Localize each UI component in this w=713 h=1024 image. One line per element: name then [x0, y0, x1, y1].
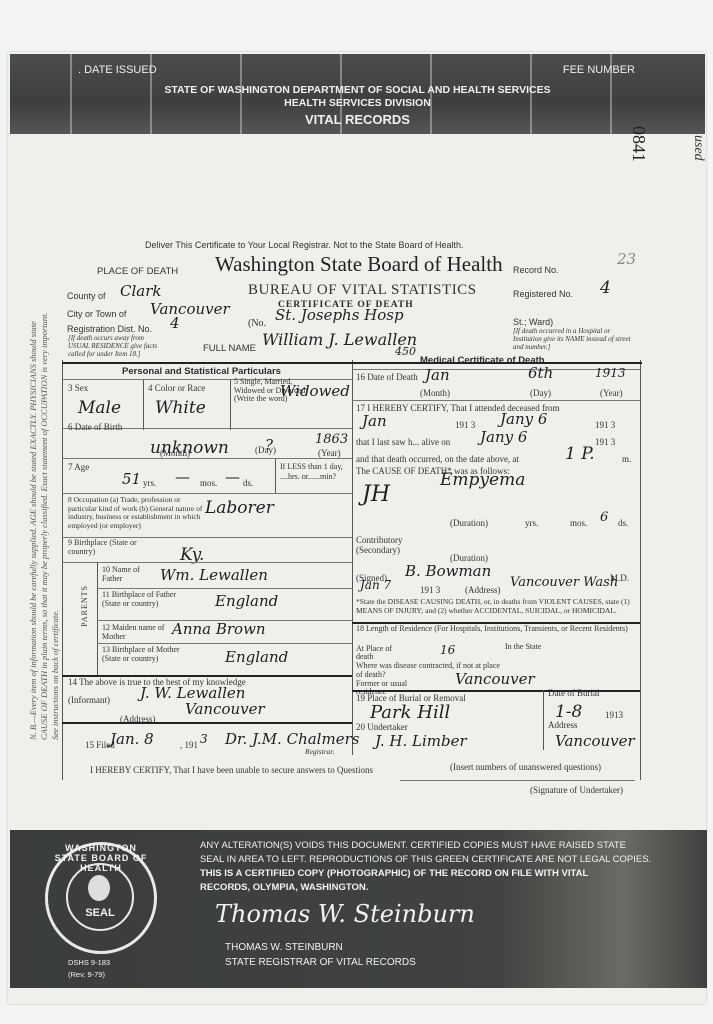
unable-certify-statement: I HEREBY CERTIFY, That I have been unabl…: [90, 765, 373, 775]
filed-year-prefix: , 191: [180, 740, 198, 750]
yrs-label: yrs.: [143, 478, 156, 488]
board-title: Washington State Board of Health: [215, 252, 503, 277]
attended-to-value: Jany 6: [500, 410, 547, 428]
dod-year-label: (Year): [600, 388, 623, 398]
age-months-value: —: [175, 468, 190, 486]
sex-label: 3 Sex: [68, 383, 88, 393]
last-saw-value: Jany 6: [480, 428, 527, 446]
deliver-note: Deliver This Certificate to Your Local R…: [145, 240, 464, 250]
record-no-value: 23: [617, 250, 636, 268]
agency-line3: VITAL RECORDS: [10, 112, 705, 127]
dod-year-value: 1913: [595, 366, 626, 380]
burial-year-value: 1913: [605, 710, 623, 720]
date-issued-label: . DATE ISSUED: [78, 64, 157, 76]
certification-footer: WASHINGTON STATE BOARD OF HEALTH SEAL DS…: [10, 830, 707, 988]
month-label: (Month): [160, 448, 190, 458]
full-name-value: William J. Lewallen: [262, 330, 417, 349]
signed-year-value: 191 3: [420, 585, 440, 595]
hospital-note: [If death occurred in a Hospital or Inst…: [513, 327, 633, 351]
residence-label: 18 Length of Residence (For Hospitals, I…: [356, 624, 638, 633]
duration-yrs-label: yrs.: [525, 518, 538, 528]
registration-district-label: Registration Dist. No.: [67, 324, 152, 334]
state-registrar-name: THOMAS W. STEINBURN: [225, 942, 343, 953]
contributory-label: Contributory (Secondary): [356, 535, 426, 555]
seal-word: SEAL: [68, 907, 132, 919]
last-saw-label: that I last saw h... alive on: [356, 437, 450, 447]
last-saw-year: 191 3: [595, 437, 615, 447]
signed-address-value: Vancouver Wash: [510, 575, 618, 590]
parents-label: PARENTS: [80, 585, 89, 627]
registrar-name-value: Dr. J.M. Chalmers: [225, 730, 359, 748]
undertaker-address-label: Address: [548, 720, 578, 730]
warning-line2: SEAL IN AREA TO LEFT. REPRODUCTIONS OF T…: [200, 854, 651, 865]
medical-section-title: Medical Certificate of Death: [420, 355, 545, 366]
less-than-day-label: If LESS than 1 day, ....hrs. or......min…: [280, 462, 350, 482]
informant-address-value: Vancouver: [185, 700, 265, 718]
undertaker-address-value: Vancouver: [555, 732, 635, 750]
registrar-label: Registrar.: [305, 747, 334, 756]
warning-line1: ANY ALTERATION(S) VOIDS THIS DOCUMENT. C…: [200, 840, 626, 851]
dod-month-label: (Month): [420, 388, 450, 398]
age-days-value: —: [225, 468, 240, 486]
city-label: City or Town of: [67, 309, 126, 319]
cause-prefix: JH: [362, 482, 390, 507]
informant-label: (Informant): [68, 695, 110, 705]
father-birthplace-value: England: [215, 592, 278, 610]
occupation-label: 8 Occupation (a) Trade, profession or pa…: [68, 496, 208, 530]
burial-place-value: Park Hill: [370, 702, 450, 723]
ds-label: ds.: [243, 478, 253, 488]
agency-line2: HEALTH SERVICES DIVISION: [10, 97, 705, 109]
street-ward-label: St.; Ward): [513, 317, 553, 327]
duration-days-value: 6: [600, 510, 608, 525]
burial-date-label: Date of Burial: [548, 688, 599, 698]
county-value: Clark: [120, 282, 161, 300]
side-number: 0841: [628, 126, 649, 162]
state-seal: WASHINGTON STATE BOARD OF HEALTH SEAL: [45, 842, 157, 954]
father-name-label: 10 Name of Father: [102, 565, 157, 583]
cause-value: Empyema: [440, 470, 525, 490]
at-place-days-value: 16: [440, 643, 455, 657]
marital-value: Widowed: [280, 382, 350, 400]
father-birthplace-label: 11 Birthplace of Father (State or countr…: [102, 590, 192, 608]
registered-no-value: 4: [600, 278, 611, 298]
mos-label: mos.: [200, 478, 217, 488]
county-label: County of: [67, 291, 106, 301]
place-of-death-label: PLACE OF DEATH: [97, 266, 178, 277]
undertaker-label: 20 Undertaker: [356, 722, 408, 732]
city-value: Vancouver: [150, 300, 230, 318]
filed-date-value: Jan. 8: [110, 730, 154, 748]
form-center-divider: [352, 360, 353, 755]
former-residence-value: Vancouver: [455, 670, 535, 688]
signed-date-value: Jan 7: [360, 578, 391, 592]
mother-name-value: Anna Brown: [172, 620, 266, 638]
age-label: 7 Age: [68, 462, 89, 472]
usual-residence-note: [If death occurs away from USUAL RESIDEN…: [68, 334, 163, 358]
certified-line2: RECORDS, OLYMPIA, WASHINGTON.: [200, 882, 368, 893]
sex-value: Male: [78, 398, 121, 418]
at-place-label: At Place of death: [356, 645, 406, 661]
burial-date-value: 1-8: [555, 702, 582, 722]
year-label: (Year): [318, 448, 341, 458]
form-left-border: [62, 360, 63, 780]
unanswered-label: (Insert numbers of unanswered questions): [450, 762, 601, 772]
father-name-value: Wm. Lewallen: [160, 566, 268, 584]
full-name-label: FULL NAME: [203, 343, 256, 354]
occupation-value: Laborer: [205, 498, 274, 518]
age-years-value: 51: [122, 470, 141, 488]
duration-label: (Duration): [450, 518, 488, 528]
day-label: (Day): [255, 445, 276, 455]
in-state-label: In the State: [505, 643, 545, 651]
birthplace-label: 9 Birthplace (State or country): [68, 538, 148, 556]
color-value: White: [155, 398, 206, 418]
filed-year-value: 3: [200, 732, 208, 746]
state-registrar-title: STATE REGISTRAR OF VITAL RECORDS: [225, 957, 416, 968]
mother-name-label: 12 Maiden name of Mother: [102, 623, 172, 641]
full-name-note: 450: [395, 345, 416, 358]
side-handwriting: used: [690, 135, 706, 161]
personal-section-title: Personal and Statistical Particulars: [122, 366, 281, 377]
form-right-border: [640, 360, 641, 780]
form-number: DSHS 9-183: [68, 958, 110, 967]
mother-birthplace-value: England: [225, 648, 288, 666]
attended-to-year: 191 3: [595, 420, 615, 430]
no-label: (No.: [248, 318, 266, 329]
duration-ds-label: ds.: [618, 518, 628, 528]
attended-from-value: Jan: [362, 412, 387, 430]
color-label: 4 Color or Race: [148, 383, 205, 393]
signed-address-label: (Address): [465, 585, 501, 595]
signed-by-value: B. Bowman: [405, 562, 491, 580]
death-address-value: St. Josephs Hosp: [275, 306, 404, 324]
registered-no-label: Registered No.: [513, 289, 573, 299]
dod-day-value: 6th: [528, 364, 553, 382]
record-no-label: Record No.: [513, 265, 559, 275]
portrait-icon: [88, 875, 110, 901]
dob-year-value: 1863: [315, 432, 348, 447]
agency-line1: STATE OF WASHINGTON DEPARTMENT OF SOCIAL…: [10, 84, 705, 96]
dod-month-value: Jan: [425, 366, 450, 384]
registration-district-value: 4: [170, 314, 180, 332]
disease-note: *State the DISEASE CAUSING DEATH, or, in…: [356, 597, 638, 615]
dob-label: 6 Date of Birth: [68, 422, 122, 432]
fee-number-label: FEE NUMBER: [563, 64, 635, 76]
undertaker-signature-label: (Signature of Undertaker): [530, 785, 623, 795]
mother-birthplace-label: 13 Birthplace of Mother (State or countr…: [102, 645, 192, 663]
dod-day-label: (Day): [530, 388, 551, 398]
death-time-suffix: m.: [622, 454, 631, 464]
bureau-title: BUREAU OF VITAL STATISTICS: [248, 282, 477, 299]
certified-line1: THIS IS A CERTIFIED COPY (PHOTOGRAPHIC) …: [200, 868, 588, 879]
attended-from-year: 191 3: [455, 420, 475, 430]
dod-label: 16 Date of Death: [356, 372, 418, 382]
death-time-label: and that death occurred, on the date abo…: [356, 454, 519, 464]
registrar-signature: Thomas W. Steinburn: [215, 900, 475, 928]
undertaker-value: J. H. Limber: [375, 732, 467, 750]
vital-records-header: . DATE ISSUED FEE NUMBER STATE OF WASHIN…: [10, 54, 705, 134]
form-revision: (Rev. 9-79): [68, 970, 105, 979]
death-time-value: 1 P.: [565, 444, 595, 464]
duration-mos-label: mos.: [570, 518, 587, 528]
section-top-rule: [62, 362, 642, 364]
